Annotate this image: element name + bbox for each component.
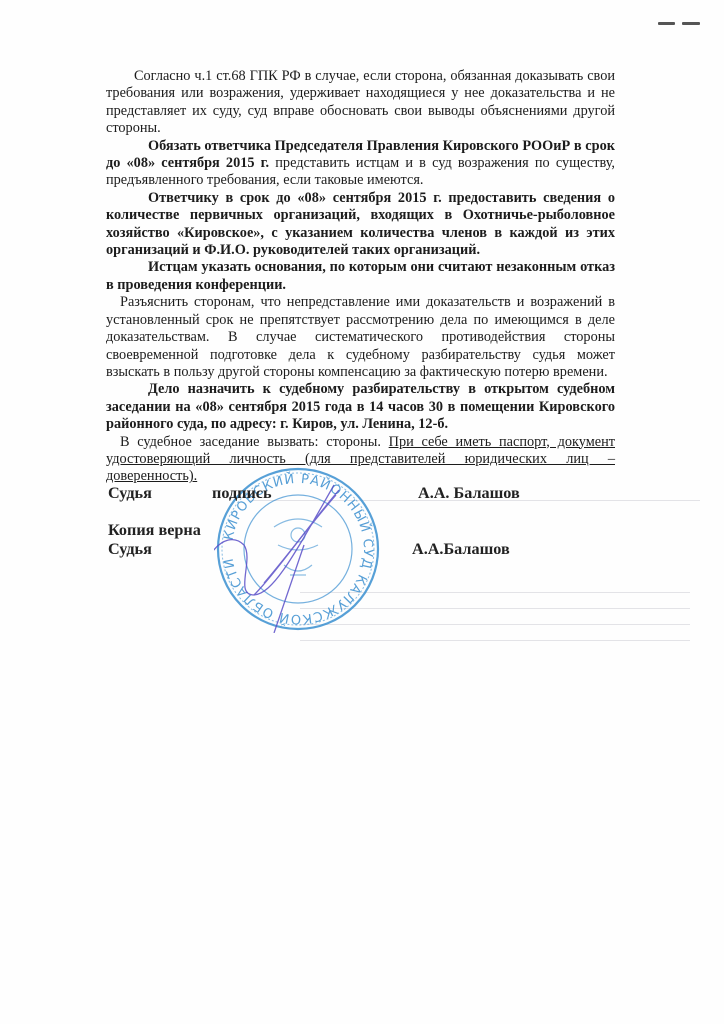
paragraph-text: Разъяснить сторонам, что непредставление… (106, 294, 615, 380)
paragraph-evidence-rule: Согласно ч.1 ст.68 ГПК РФ в случае, если… (106, 68, 615, 138)
bleed-through-line (300, 640, 690, 641)
paragraph-text: В судебное заседание вызвать: стороны. (120, 434, 389, 450)
paragraph-defendant-information: Ответчику в срок до «08» сентября 2015 г… (106, 190, 615, 260)
judge-label-2: Судья (108, 540, 152, 559)
corner-mark (658, 22, 675, 25)
copy-certified-label: Копия верна (108, 521, 201, 540)
paragraph-explanation: Разъяснить сторонам, что непредставление… (106, 294, 615, 381)
paragraph-bold-text: Ответчику в срок до «08» сентября 2015 г… (106, 190, 615, 258)
corner-mark (682, 22, 700, 25)
paragraph-bold-text: Дело назначить к судебному разбирательст… (106, 381, 615, 432)
document-page: Согласно ч.1 ст.68 ГПК РФ в случае, если… (0, 0, 724, 1024)
paragraph-hearing-schedule: Дело назначить к судебному разбирательст… (106, 381, 615, 433)
paragraph-bold-text: Истцам указать основания, по которым они… (106, 259, 615, 292)
judge-label: Судья (108, 484, 152, 503)
document-body: Согласно ч.1 ст.68 ГПК РФ в случае, если… (106, 68, 615, 486)
corner-marks (654, 22, 704, 30)
paragraph-text: Согласно ч.1 ст.68 ГПК РФ в случае, если… (106, 68, 615, 136)
paragraph-defendant-objections: Обязать ответчика Председателя Правления… (106, 138, 615, 190)
judge-name: А.А. Балашов (418, 484, 520, 503)
signature-label: подпись (212, 484, 272, 503)
judge-name-2: А.А.Балашов (412, 540, 510, 559)
paragraph-plaintiffs-grounds: Истцам указать основания, по которым они… (106, 259, 615, 294)
